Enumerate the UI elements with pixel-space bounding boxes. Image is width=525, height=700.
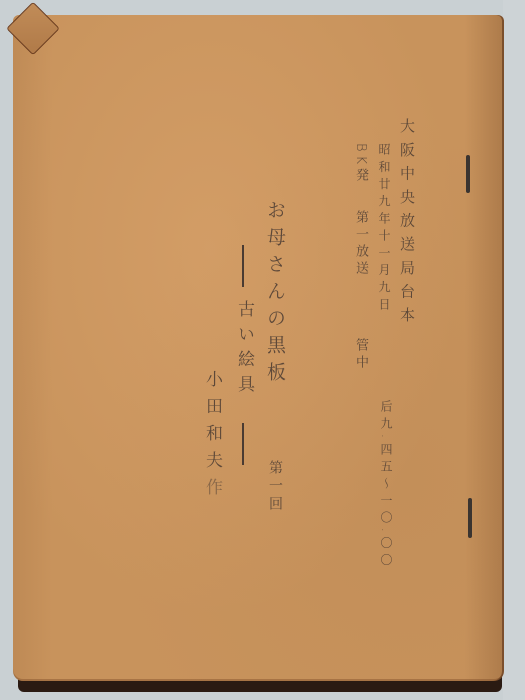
author-credit: 小田和夫作 (200, 370, 225, 505)
staple-top-icon (466, 155, 470, 193)
broadcast-channel: 第一放送 (353, 210, 368, 278)
episode-number: 第一回 (265, 460, 285, 514)
staple-bottom-icon (468, 498, 472, 538)
author-suffix: 作 (202, 478, 222, 505)
subtitle-dash-top (242, 245, 244, 287)
broadcast-origin: BK発 (353, 143, 368, 185)
broadcast-date: 昭和廿九年十一月九日 (376, 143, 393, 315)
broadcast-station: 大阪中央放送局台本 (397, 118, 418, 330)
drama-title: お母さんの黒板 (262, 200, 289, 389)
script-cover-page (13, 15, 504, 681)
background-band (503, 0, 525, 700)
drama-subtitle: 古い絵具 (232, 300, 257, 400)
subtitle-dash-bottom (242, 423, 244, 465)
broadcast-info: BK発第一放送管中 (351, 143, 370, 372)
author-name: 小田和夫 (202, 370, 222, 478)
broadcast-time: 后九.四五〜一〇.〇〇 (378, 400, 395, 571)
broadcast-coverage: 管中 (353, 338, 368, 372)
